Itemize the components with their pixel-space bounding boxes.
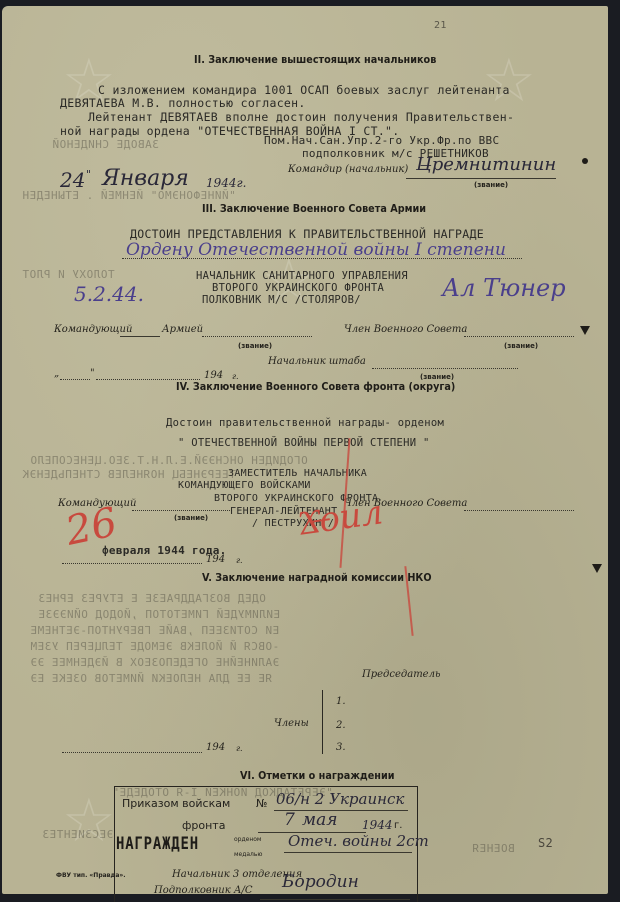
rank-label: (звание) [474,181,508,189]
member-2-number: 2. [336,720,346,731]
section-2-line-2: ДЕВЯТАЕВА М.В. полностью согласен. [60,96,306,110]
stamp-awarded: НАГРАЖДЕН [116,834,199,854]
date-day-line [60,379,90,380]
rank-label: (звание) [174,514,208,522]
bleed-through-text: ТОЛОХУ И РЛОТ [22,268,115,281]
signature-line [406,178,556,179]
stamp-date-year: 1944 [362,818,393,832]
date-year-suffix: г. [236,744,243,753]
bleed-through-text: -ОВСЯ Й ЙОЛЕКВ ЭЕМОДЕ ТЕЛЦЕРЕП УЗЕМ [30,640,279,653]
stamp-order-word: орденом [234,836,261,843]
stamp-date-day: 7 [284,810,295,830]
date-quote: " [86,168,91,181]
section-2-line-1: С изложением командира 1001 ОСАП боевых … [98,83,510,97]
council-line [464,336,574,337]
section-3-heading: III. Заключение Военного Совета Армии [202,203,426,215]
date-year-placeholder: 194 [204,370,223,381]
ink-mark [580,326,590,335]
stamp-signature: Бородин [282,872,359,892]
bleed-through-text: ОДЕД ВОЗГАДДРАЕЗЕ Е ЕТУРЕЗ ЕРНЕЗ [38,592,266,605]
award-name-line [284,852,412,853]
date-year-placeholder: 194 [206,742,225,753]
stamp-front-label: фронта [182,819,225,832]
stamp-rank: Подполковник А/С [154,885,253,896]
bleed-through-text: "ЙИНЕФОНЭМО" ЙЕНМЕЙ . ЕТЫНЕДЕН [22,189,236,202]
bleed-through-text: ЯЕ ЕЕ ДЛА НЕЛОЕКИ ЙИМЕТОВ ОЗЕКЕ ЕЭ [30,672,272,685]
bleed-through-text: ЭАЛИНЕЙНЕ ОГЕДЕПОЗЕОХ В ЙЭДЕНМЕЕ ЭЭ [30,656,279,669]
rank-label-left: (звание) [238,342,272,350]
section-2-heading: II. Заключение вышестоящих начальников [194,54,436,66]
chief-rank-label: (звание) [420,373,454,381]
date-line [62,752,202,753]
section-4-typed-line-2: " ОТЕЧЕСТВЕННОЙ ВОЙНЫ ПЕРВОЙ СТЕПЕНИ " [178,437,430,449]
section-6-heading: VI. Отметки о награждении [240,770,395,782]
date-quote-close: " [90,368,95,379]
chief-of-staff-label: Начальник штаба [268,356,366,367]
section-3-typed-line: ДОСТОИН ПРЕДСТАВЛЕНИЯ К ПРАВИТЕЛЬСТВЕННО… [130,227,484,241]
members-divider [322,690,323,754]
members-label: Члены [274,718,309,729]
printer-mark: ФВУ тип. «Правда». [56,872,126,879]
section-3-signer-line-3: ПОЛКОВНИК М/С /СТОЛЯРОВ/ [202,294,361,306]
stamp-year-suffix: г. [394,820,402,831]
commander-label: Командующий [54,324,132,335]
bleed-through-text: ЭЕСЗИЕНТЕЗ [42,828,113,841]
date-month: Января [102,166,189,191]
section-4-typed-line-1: Достоин правительственной награды- орден… [166,417,444,429]
bleed-through-text: ВОЕНЕЯ [472,842,515,855]
commander-label: Командир (начальник) [288,164,408,175]
council-line [464,510,574,511]
rank-label-right: (звание) [504,342,538,350]
section-5-heading: V. Заключение наградной комиссии НКО [202,572,432,584]
watermark-star-icon: ☆ [482,46,536,116]
council-member-signature: Ал Тюнер [442,274,566,302]
ink-mark [592,564,602,573]
member-3-number: 3. [336,742,346,753]
stamp-medal-word: медалью [234,851,262,858]
commander-line [132,510,232,511]
bleed-through-text: ЕИЛИМУДЕЙ ГИМЕТОТОП ,ЙОДОД ОЙИЭЭЗЕ [38,608,280,621]
bleed-through-text: ЕИ СОТИЗЕЕП ,ВАЙЕ ГВЕРУНТОП-ЭЕТНЕМЕ [30,624,279,637]
commander-line [120,336,160,337]
date-year: 1944г. [206,176,246,190]
section-3-signer-line-1: НАЧАЛЬНИК САНИТАРНОГО УПРАВЛЕНИЯ [196,270,408,282]
section-2-signer-position: Пом.Нач.Сан.Упр.2-го Укр.Фр.по ВВС [264,134,499,147]
bleed-through-text: ЗАВОДЕ СНИДЕНОЙ [52,138,159,151]
archive-mark: S2 [538,836,553,850]
date-year-suffix: г. [232,372,239,381]
council-member-label: Член Военного Совета [344,324,467,335]
page-number: 21 [434,20,447,31]
section-4-heading: IV. Заключение Военного Совета фронта (о… [176,381,455,393]
commander-signature: Ц̶ремнитинин [416,154,556,175]
watermark-star-icon: ☆ [62,786,116,856]
rank-signature-line [260,899,410,900]
date-quote-open: „ [54,368,59,379]
stamp-number-sign: № [256,797,267,810]
date-line [62,563,202,564]
section-3-signer-line-2: ВТОРОГО УКРАИНСКОГО ФРОНТА [212,282,384,294]
section-3-handwritten-date: 5.2.44. [74,282,144,306]
stamp-award-name: Отеч. войны 2ст [288,832,429,850]
date-month-line [96,379,200,380]
date-year-suffix: г. [236,556,243,565]
chief-of-staff-line [372,368,518,369]
section-4-signer-line-2: КОМАНДУЮЩЕГО ВОЙСКАМИ [178,480,311,491]
date-year-placeholder: 194 [206,554,225,565]
army-label: Армией [162,324,203,335]
section-2-line-3: Лейтенант ДЕВЯТАЕВ вполне достоин получе… [88,110,514,124]
chairman-label: Председатель [362,669,440,680]
member-1-number: 1. [336,696,346,707]
stamp-date-month: мая [302,810,338,830]
document-page: ☆ ☆ ☆ ☆ 21 II. Заключение вышестоящих на… [2,6,608,894]
bleed-through-text: ОГОДИДЕН ОНСНЭЭЙ.Е.Л.Н.Т.ЗЕО.ЦЕНЕСОПЕЛО [30,454,308,467]
army-line [202,336,312,337]
stamp-order-number: 06/н 2 Украинск [276,790,404,808]
stamp-order-label: Приказом войскам [122,797,230,810]
award-line [122,258,522,259]
section-3-handwritten-award: Ордену Отечественной войны I степени [126,240,506,260]
ink-mark [582,158,588,164]
